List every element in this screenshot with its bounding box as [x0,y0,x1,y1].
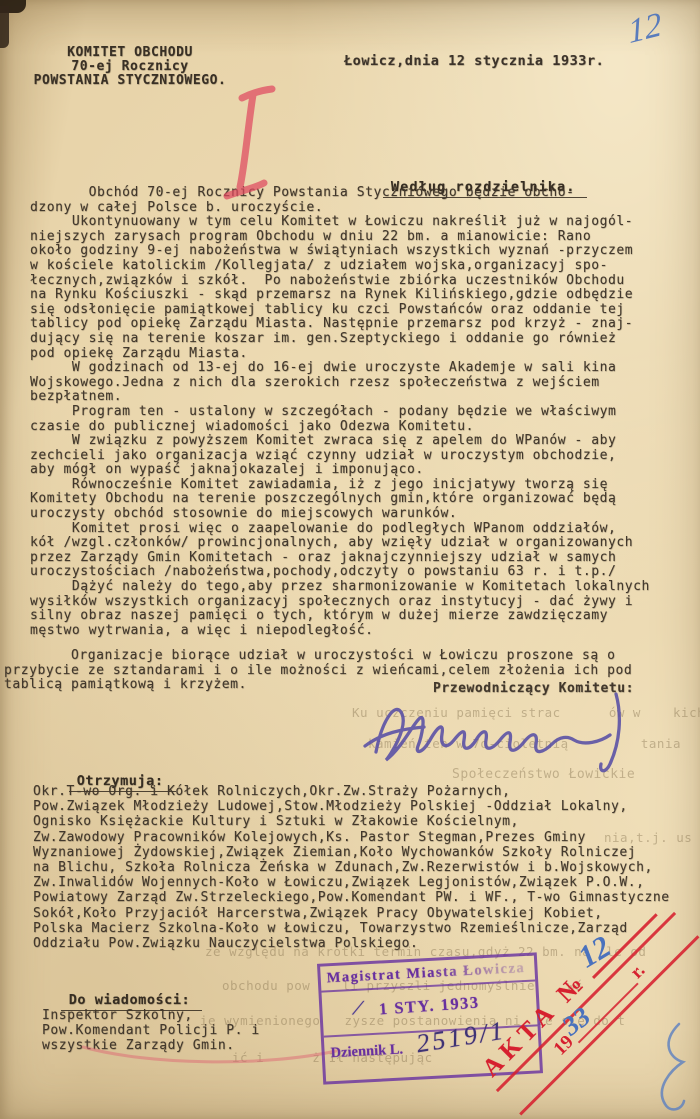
handwritten-page-number: 12 [626,6,663,52]
scanned-letter-page: Ku uczczeniu pamięci strac ów w kich, ka… [0,0,700,1119]
blue-ink-flourish [643,1020,695,1118]
akta-year-suffix: r. [626,960,650,984]
letter-body: Obchód 70-ej Rocznicy Powstania Stycznio… [30,186,650,638]
sender-block: KOMITET OBCHODU 70-ej Rocznicy POWSTANIA… [24,46,236,88]
recipients-list: Okr.T-wo Org. i Kółek Rolniczych,Okr.Zw.… [33,784,670,951]
dateline: Łowicz,dnia 12 stycznia 1933r. [344,53,604,69]
signature-ink [360,688,645,788]
red-pencil-arc [78,1040,342,1070]
registry-stamp-date-text: 1 STY. 1933 [378,993,480,1019]
red-crayon-roman-numeral-mark [222,84,278,204]
registry-stamp-journal-label: Dziennik L. [330,1041,403,1061]
handwritten-tick: ∕ [355,995,362,1021]
bleedthrough-text: nia,t.j. us [604,830,692,845]
paper-edge-stain [0,6,9,48]
